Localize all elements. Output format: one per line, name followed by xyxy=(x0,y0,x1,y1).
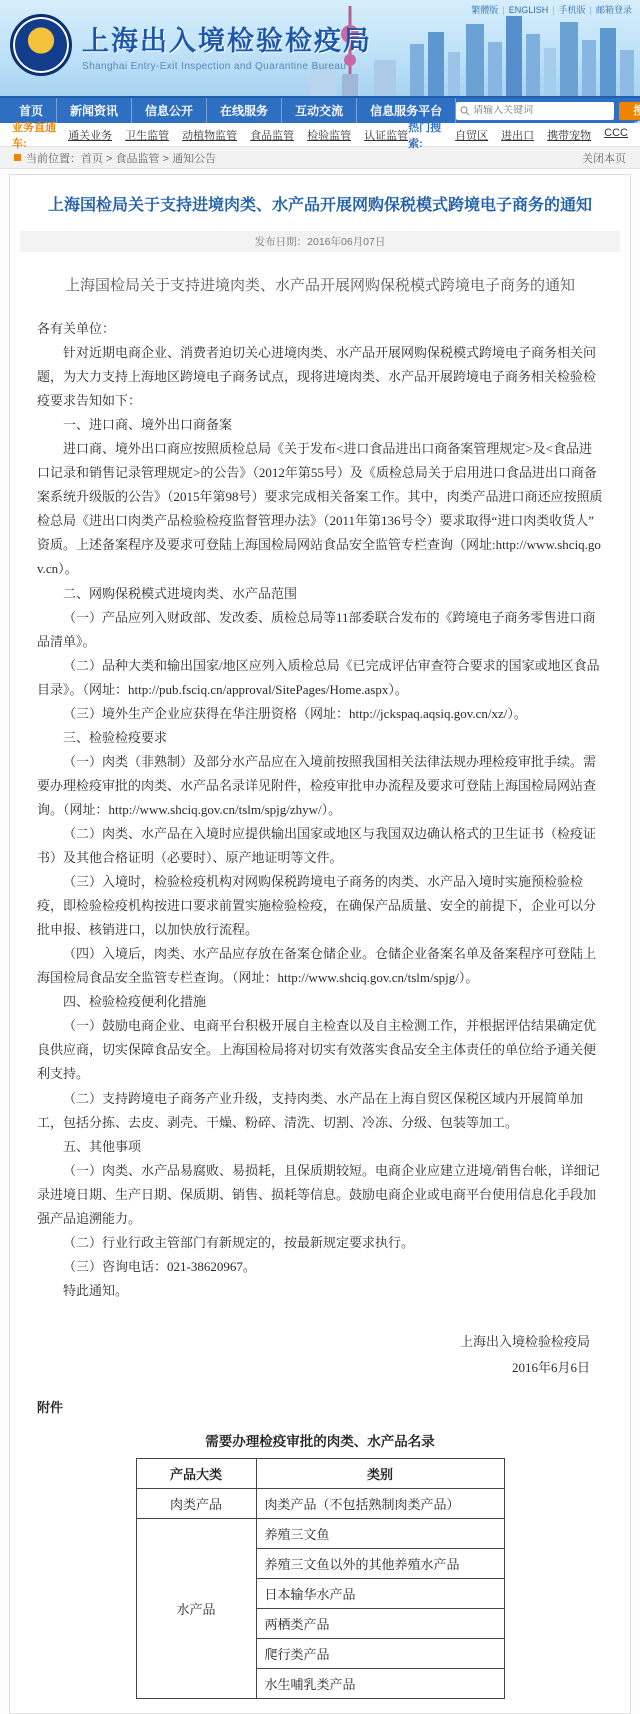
article-paragraph: 特此通知。 xyxy=(37,1279,603,1303)
signature-block: 上海出入境检验检疫局 2016年6月6日 xyxy=(10,1303,630,1381)
header-top-link[interactable]: 邮箱登录 xyxy=(596,3,632,16)
nav-item[interactable]: 在线服务 xyxy=(207,98,282,123)
article-paragraph: （三）境外生产企业应获得在华注册资格（网址：http://jckspaq.aqs… xyxy=(37,702,603,726)
separator: | xyxy=(552,5,554,15)
separator: | xyxy=(502,5,504,15)
header-top-link[interactable]: ENGLISH xyxy=(509,5,549,15)
publish-date-bar: 发布日期：2016年06月07日 xyxy=(20,231,620,252)
meat-category-cell: 肉类产品 xyxy=(136,1488,256,1518)
article-paragraph: 三、检验检疫要求 xyxy=(37,726,603,750)
close-page-link[interactable]: 关闭本页 xyxy=(582,150,626,166)
signature-date: 2016年6月6日 xyxy=(10,1355,590,1381)
document-title: 上海国检局关于支持进境肉类、水产品开展网购保税模式跨境电子商务的通知 xyxy=(10,252,630,303)
quick-bar-label: 业务直通车: xyxy=(12,119,60,151)
article-paragraph: （四）入境后，肉类、水产品应存放在备案仓储企业。仓储企业备案名单及备案程序可登陆… xyxy=(37,942,603,990)
aquatic-item-cell: 水生哺乳类产品 xyxy=(256,1668,504,1698)
article-paragraph: 针对近期电商企业、消费者迫切关心进境肉类、水产品开展网购保税模式跨境电子商务相关… xyxy=(37,341,603,413)
hot-search-link[interactable]: CCC xyxy=(604,127,628,143)
aquatic-item-cell: 两栖类产品 xyxy=(256,1608,504,1638)
search-button[interactable]: 搜索 xyxy=(619,102,640,120)
article-paragraph: 进口商、境外出口商应按照质检总局《关于发布<进口食品进出口商备案管理规定>及<食… xyxy=(37,437,603,581)
ciq-logo xyxy=(10,14,72,76)
main-nav: 首页新闻资讯信息公开在线服务互动交流信息服务平台 搜索 高级检索 xyxy=(0,96,640,123)
article-body: 各有关单位：针对近期电商企业、消费者迫切关心进境肉类、水产品开展网购保税模式跨境… xyxy=(10,303,630,1303)
site-brand: 上海出入境检验检疫局 Shanghai Entry-Exit Inspectio… xyxy=(10,14,372,76)
column-header-type: 类别 xyxy=(256,1458,504,1488)
article-paragraph: 各有关单位： xyxy=(37,317,603,341)
article-paragraph: （二）行业行政主管部门有新规定的，按最新规定要求执行。 xyxy=(37,1231,603,1255)
aquatic-item-cell: 养殖三文鱼 xyxy=(256,1518,504,1548)
site-header: 繁體版|ENGLISH|手机版|邮箱登录 上海出入境检验检疫局 Shanghai… xyxy=(0,0,640,96)
hot-search-link[interactable]: 进出口 xyxy=(501,127,534,143)
article-paragraph: （二）品种大类和输出国家/地区应列入质检总局《已完成评估审查符合要求的国家或地区… xyxy=(37,654,603,702)
nav-list: 首页新闻资讯信息公开在线服务互动交流信息服务平台 xyxy=(6,98,456,123)
search-icon xyxy=(460,106,470,116)
nav-search-area: 搜索 高级检索 xyxy=(456,102,640,120)
org-name-cn: 上海出入境检验检疫局 xyxy=(82,19,372,58)
article-paragraph: 四、检验检疫便利化措施 xyxy=(37,990,603,1014)
article-paragraph: 一、进口商、境外出口商备案 xyxy=(37,413,603,437)
signature-org: 上海出入境检验检疫局 xyxy=(10,1329,590,1355)
header-top-link[interactable]: 手机版 xyxy=(559,3,586,16)
quick-link[interactable]: 检验监管 xyxy=(307,127,351,143)
attachment-label: 附件 xyxy=(10,1381,630,1416)
article-paragraph: （三）入境时，检验检疫机构对网购保税跨境电子商务的肉类、水产品入境时实施预检验检… xyxy=(37,870,603,942)
hot-search-label: 热门搜索: xyxy=(408,119,447,151)
nav-item[interactable]: 信息公开 xyxy=(132,98,207,123)
quick-links: 通关业务卫生监管动植物监管食品监管检验监管认证监管 xyxy=(68,127,408,143)
article-paragraph: （一）肉类、水产品易腐败、易损耗，且保质期较短。电商企业应建立进境/销售台帐，详… xyxy=(37,1159,603,1231)
nav-item[interactable]: 互动交流 xyxy=(282,98,357,123)
article-paragraph: （二）肉类、水产品在入境时应提供输出国家或地区与我国双边确认格式的卫生证书（检疫… xyxy=(37,822,603,870)
nav-item[interactable]: 新闻资讯 xyxy=(57,98,132,123)
article-container: 上海国检局关于支持进境肉类、水产品开展网购保税模式跨境电子商务的通知 发布日期：… xyxy=(9,174,631,1714)
hot-search-link[interactable]: 携带宠物 xyxy=(547,127,591,143)
annex-table-caption: 需要办理检疫审批的肉类、水产品名录 xyxy=(10,1430,630,1450)
aquatic-item-cell: 爬行类产品 xyxy=(256,1638,504,1668)
breadcrumb[interactable]: 首页 > 食品监管 > 通知公告 xyxy=(81,150,216,166)
article-paragraph: （一）产品应列入财政部、发改委、质检总局等11部委联合发布的《跨境电子商务零售进… xyxy=(37,606,603,654)
article-paragraph: （一）肉类（非熟制）及部分水产品应在入境前按照我国相关法律法规办理检疫审批手续。… xyxy=(37,750,603,822)
meat-item-cell: 肉类产品（不包括熟制肉类产品） xyxy=(256,1488,504,1518)
article-paragraph: 二、网购保税模式进境肉类、水产品范围 xyxy=(37,582,603,606)
table-header-row: 产品大类 类别 xyxy=(136,1458,504,1488)
aquatic-item-cell: 日本输华水产品 xyxy=(256,1578,504,1608)
breadcrumb-marker-icon xyxy=(14,154,21,161)
quick-link[interactable]: 卫生监管 xyxy=(125,127,169,143)
quick-service-bar: 业务直通车: 通关业务卫生监管动植物监管食品监管检验监管认证监管 热门搜索: 自… xyxy=(0,123,640,147)
hot-search-links: 自贸区进出口携带宠物CCC xyxy=(455,127,628,143)
org-name-en: Shanghai Entry-Exit Inspection and Quara… xyxy=(82,61,372,72)
header-top-link[interactable]: 繁體版 xyxy=(471,3,498,16)
separator: | xyxy=(590,5,592,15)
publish-date: 发布日期：2016年06月07日 xyxy=(255,234,386,249)
table-row: 肉类产品 肉类产品（不包括熟制肉类产品） xyxy=(136,1488,504,1518)
header-top-links: 繁體版|ENGLISH|手机版|邮箱登录 xyxy=(471,3,632,16)
table-row: 水产品 养殖三文鱼 xyxy=(136,1518,504,1548)
search-box xyxy=(456,102,614,120)
quick-link[interactable]: 动植物监管 xyxy=(182,127,237,143)
article-paragraph: （一）鼓励电商企业、电商平台积极开展自主检查以及自主检测工作，并根据评估结果确定… xyxy=(37,1014,603,1086)
quick-link[interactable]: 认证监管 xyxy=(364,127,408,143)
article-paragraph: 五、其他事项 xyxy=(37,1135,603,1159)
aquatic-item-cell: 养殖三文鱼以外的其他养殖水产品 xyxy=(256,1548,504,1578)
article-paragraph: （三）咨询电话：021-38620967。 xyxy=(37,1255,603,1279)
quick-link[interactable]: 通关业务 xyxy=(68,127,112,143)
article-paragraph: （二）支持跨境电子商务产业升级，支持肉类、水产品在上海自贸区保税区域内开展简单加… xyxy=(37,1087,603,1135)
breadcrumb-bar: 当前位置： 首页 > 食品监管 > 通知公告 关闭本页 xyxy=(0,147,640,169)
annex-table: 产品大类 类别 肉类产品 肉类产品（不包括熟制肉类产品） 水产品 养殖三文鱼 养… xyxy=(136,1458,505,1699)
aquatic-category-cell: 水产品 xyxy=(136,1518,256,1698)
page-title: 上海国检局关于支持进境肉类、水产品开展网购保税模式跨境电子商务的通知 xyxy=(10,175,630,231)
hot-search-link[interactable]: 自贸区 xyxy=(455,127,488,143)
quick-link[interactable]: 食品监管 xyxy=(250,127,294,143)
column-header-category: 产品大类 xyxy=(136,1458,256,1488)
breadcrumb-label: 当前位置： xyxy=(26,150,81,166)
search-input[interactable] xyxy=(473,105,610,116)
